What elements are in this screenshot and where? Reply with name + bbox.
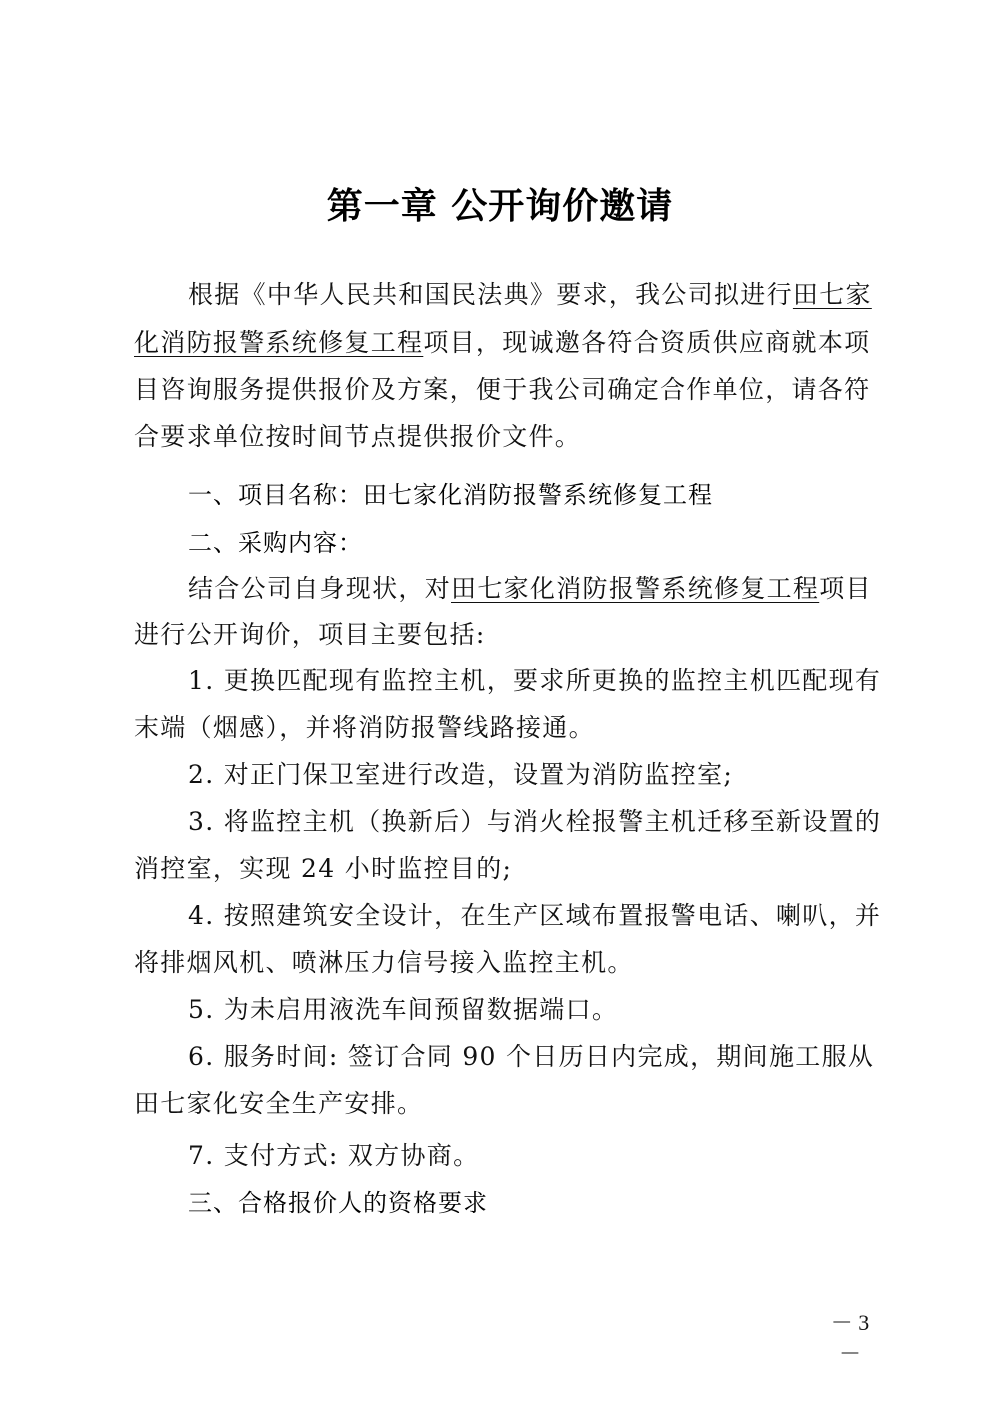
intro-line-4: 合要求单位按时间节点提供报价文件。: [134, 414, 876, 460]
item-3-line-2: 消控室，实现 24 小时监控目的;: [134, 846, 876, 892]
item-4-line-1: 4. 按照建筑安全设计，在生产区域布置报警电话、喇叭，并: [188, 893, 876, 939]
item-7-line-1: 7. 支付方式: 双方协商。: [188, 1133, 876, 1179]
item-6-line-1: 6. 服务时间: 签订合同 90 个日历日内完成，期间施工服从: [188, 1034, 876, 1080]
project-name-underlined: 化消防报警系统修复工程: [134, 328, 423, 357]
item-6-line-2: 田七家化安全生产安排。: [134, 1081, 876, 1127]
intro-text: 根据《中华人民共和国民法典》要求，我公司拟进行: [188, 280, 793, 309]
project-name-underlined: 田七家化消防报警系统修复工程: [451, 574, 819, 603]
content-line-1: 结合公司自身现状，对田七家化消防报警系统修复工程项目: [188, 566, 876, 612]
content-text: 结合公司自身现状，对: [188, 574, 451, 603]
content-line-2: 进行公开询价，项目主要包括:: [134, 612, 876, 658]
item-3-line-1: 3. 将监控主机（换新后）与消火栓报警主机迁移至新设置的: [188, 799, 876, 845]
content-text: 项目: [819, 574, 872, 603]
chapter-title: 第一章 公开询价邀请: [0, 178, 1000, 229]
intro-line-3: 目咨询服务提供报价及方案，便于我公司确定合作单位，请各符: [134, 367, 876, 413]
item-2-line-1: 2. 对正门保卫室进行改造，设置为消防监控室;: [188, 752, 876, 798]
intro-line-1: 根据《中华人民共和国民法典》要求，我公司拟进行田七家: [188, 272, 876, 318]
item-1-line-1: 1. 更换匹配现有监控主机，要求所更换的监控主机匹配现有: [188, 658, 876, 704]
item-4-line-2: 将排烟风机、喷淋压力信号接入监控主机。: [134, 940, 876, 986]
intro-text: 项目，现诚邀各符合资质供应商就本项: [423, 328, 870, 357]
section-heading-3: 三、合格报价人的资格要求: [188, 1180, 876, 1226]
item-5-line-1: 5. 为未启用液洗车间预留数据端口。: [188, 987, 876, 1033]
document-page: 第一章 公开询价邀请 根据《中华人民共和国民法典》要求，我公司拟进行田七家 化消…: [0, 0, 1000, 1414]
page-number: － 3 －: [820, 1306, 880, 1368]
item-1-line-2: 末端（烟感），并将消防报警线路接通。: [134, 705, 876, 751]
section-heading-1: 一、项目名称：田七家化消防报警系统修复工程: [188, 472, 876, 518]
intro-line-2: 化消防报警系统修复工程项目，现诚邀各符合资质供应商就本项: [134, 320, 876, 366]
project-name-underlined: 田七家: [793, 280, 872, 309]
section-heading-2: 二、采购内容：: [188, 520, 876, 566]
